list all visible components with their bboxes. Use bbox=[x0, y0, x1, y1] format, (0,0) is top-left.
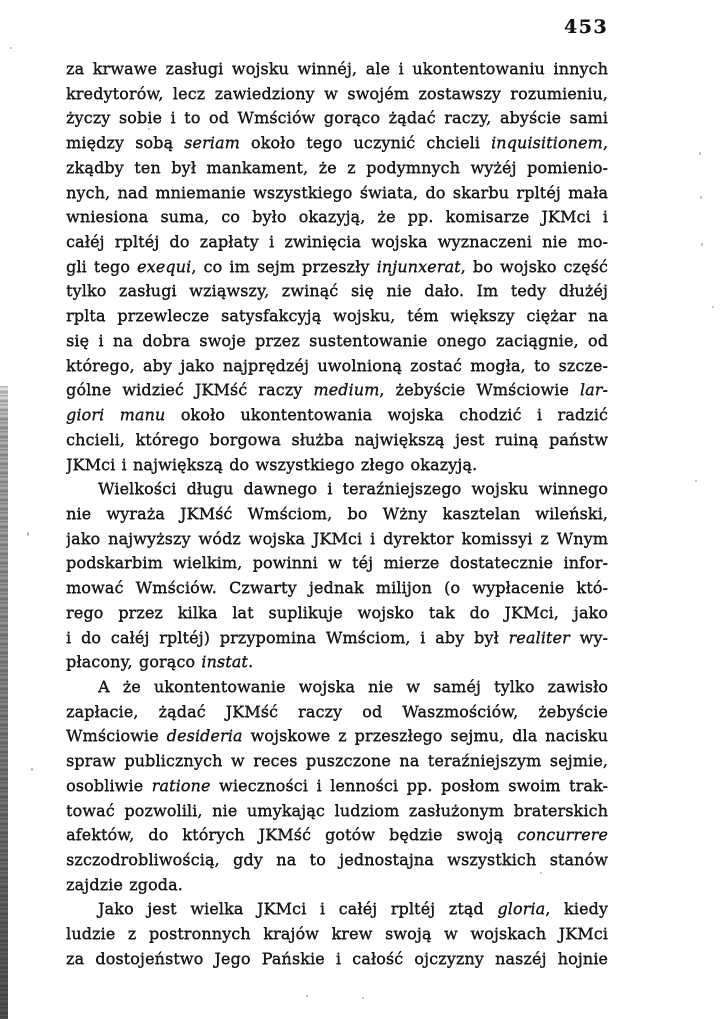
text-line: rplta przewlecze satysfakcyją wojsku, té… bbox=[66, 304, 608, 329]
text-segment: nych, nad mniemanie wszystkiego świata, … bbox=[66, 183, 608, 202]
paragraph: za krwawe zasługi wojsku winnéj, ale i u… bbox=[66, 57, 608, 477]
scan-speck bbox=[27, 532, 29, 536]
latin-italic-phrase: concurrere bbox=[517, 825, 608, 844]
text-line: szczodrobliwością, gdy na to jednostajna… bbox=[66, 848, 608, 873]
text-segment: zajdzie zgoda. bbox=[66, 875, 183, 894]
latin-italic-phrase: realiter bbox=[509, 628, 570, 647]
text-line: tować pozwolili, nie umykając ludziom za… bbox=[66, 799, 608, 824]
text-segment: kredytorów, lecz zawiedziony w swojém zo… bbox=[66, 84, 608, 103]
text-segment: całéj rpltéj do zapłaty i zwinięcia wojs… bbox=[66, 232, 608, 251]
text-line: jako najwyższy wódz wojska JKMci i dyrek… bbox=[66, 527, 608, 552]
text-line: mować Wmściów. Czwarty jednak milijon (o… bbox=[66, 576, 608, 601]
text-line: gli tego exequi, co im sejm przeszły inj… bbox=[66, 255, 608, 280]
text-segment: Wmściowie bbox=[66, 726, 167, 745]
scan-speck bbox=[10, 47, 12, 49]
text-line: zkądby ten był mankament, że z podymnych… bbox=[66, 156, 608, 181]
text-line: afektów, do których JKMść gotów będzie s… bbox=[66, 823, 608, 848]
text-line: giori manu około ukontentowania wojska c… bbox=[66, 403, 608, 428]
text-segment: nie wyraża JKMść Wmściom, bo Wżny kaszte… bbox=[66, 504, 608, 523]
text-segment: gli tego bbox=[66, 257, 137, 276]
page-number: 453 bbox=[564, 16, 608, 38]
text-line: A że ukontentowanie wojska nie w saméj t… bbox=[66, 675, 608, 700]
paragraph: Wielkości długu dawnego i teraźniejszego… bbox=[66, 477, 608, 675]
text-line: gólne widzieć JKMść raczy medium, żebyśc… bbox=[66, 378, 608, 403]
text-line: za dostojeństwo Jego Pańskie i całość oj… bbox=[66, 947, 608, 972]
text-segment: , co im sejm przeszły bbox=[191, 257, 376, 276]
scanned-book-page: 453 za krwawe zasługi wojsku winnéj, ale… bbox=[0, 0, 720, 1019]
text-segment: wieczności i lenności pp. posłom swoim t… bbox=[211, 776, 609, 795]
text-line: Wmściowie desideria wojskowe z przeszłeg… bbox=[66, 724, 608, 749]
page-text-block: za krwawe zasługi wojsku winnéj, ale i u… bbox=[66, 57, 608, 972]
scan-speck bbox=[712, 306, 714, 308]
text-segment: wniesiona suma, co było okazyją, że pp. … bbox=[66, 207, 608, 226]
text-line: rego przez kilka lat suplikuje wojsko ta… bbox=[66, 601, 608, 626]
text-line: zapłacie, żądać JKMść raczy od Waszmości… bbox=[66, 700, 608, 725]
paragraph: A że ukontentowanie wojska nie w saméj t… bbox=[66, 675, 608, 897]
latin-italic-phrase: instat bbox=[201, 652, 248, 671]
scan-speck bbox=[31, 768, 33, 771]
scan-speck bbox=[695, 480, 697, 482]
text-line: osobliwie ratione wieczności i lenności … bbox=[66, 774, 608, 799]
text-segment: ludzie z postronnych krajów krew swoją w… bbox=[66, 924, 608, 943]
text-line: i do całéj rpltéj) przypomina Wmściom, i… bbox=[66, 626, 608, 651]
text-segment: . bbox=[248, 652, 253, 671]
latin-italic-phrase: desideria bbox=[167, 726, 243, 745]
text-segment: za dostojeństwo Jego Pańskie i całość oj… bbox=[66, 949, 608, 968]
latin-italic-phrase: gloria bbox=[497, 899, 545, 918]
text-segment: rego przez kilka lat suplikuje wojsko ta… bbox=[66, 603, 608, 622]
text-line: Jako jest wielka JKMci i całéj rpltéj zt… bbox=[66, 897, 608, 922]
text-segment: , kiedy bbox=[545, 899, 608, 918]
text-segment: życzy sobie i to od Wmściów gorąco żądać… bbox=[66, 108, 608, 127]
text-segment: tylko zasługi wziąwszy, zwinąć się nie d… bbox=[66, 281, 608, 300]
text-segment: mować Wmściów. Czwarty jednak milijon (o… bbox=[66, 578, 608, 597]
text-line: kredytorów, lecz zawiedziony w swojém zo… bbox=[66, 82, 608, 107]
text-line: między sobą seriam około tego uczynić ch… bbox=[66, 131, 608, 156]
text-line: ludzie z postronnych krajów krew swoją w… bbox=[66, 922, 608, 947]
scan-speck bbox=[700, 196, 702, 199]
latin-italic-phrase: inquisitionem bbox=[491, 133, 603, 152]
text-segment: szczodrobliwością, gdy na to jednostajna… bbox=[66, 850, 608, 869]
scan-speck bbox=[148, 128, 150, 130]
text-segment: rplta przewlecze satysfakcyją wojsku, té… bbox=[66, 306, 608, 325]
text-segment: A że ukontentowanie wojska nie w saméj t… bbox=[98, 677, 608, 696]
latin-italic-phrase: giori manu bbox=[66, 405, 165, 424]
paragraph: Jako jest wielka JKMci i całéj rpltéj zt… bbox=[66, 897, 608, 971]
text-line: nie wyraża JKMść Wmściom, bo Wżny kaszte… bbox=[66, 502, 608, 527]
text-segment: podskarbim wielkim, powinni w téj mierze… bbox=[66, 553, 608, 572]
text-segment: spraw publicznych w reces puszczone na t… bbox=[66, 751, 608, 770]
text-segment: którego, aby jako najprędzéj uwolnioną z… bbox=[66, 356, 608, 375]
text-segment: wy- bbox=[570, 628, 608, 647]
text-segment: tować pozwolili, nie umykając ludziom za… bbox=[66, 801, 608, 820]
text-line: chcieli, którego borgowa służba najwięks… bbox=[66, 428, 608, 453]
text-segment: i do całéj rpltéj) przypomina Wmściom, i… bbox=[66, 628, 509, 647]
text-segment: chcieli, którego borgowa służba najwięks… bbox=[66, 430, 608, 449]
latin-italic-phrase: ratione bbox=[152, 776, 211, 795]
scan-speck bbox=[540, 872, 542, 874]
text-segment: Wielkości długu dawnego i teraźniejszego… bbox=[98, 479, 608, 498]
text-line: Wielkości długu dawnego i teraźniejszego… bbox=[66, 477, 608, 502]
scan-speck bbox=[699, 152, 701, 155]
text-segment: JKMci i największą do wszystkiego złego … bbox=[66, 455, 477, 474]
text-segment: około tego uczynić chcieli bbox=[240, 133, 491, 152]
text-line: zajdzie zgoda. bbox=[66, 873, 608, 898]
text-segment: się i na dobra swoje przez sustentowanie… bbox=[66, 331, 608, 350]
scan-speck bbox=[306, 995, 308, 997]
text-segment: , bo wojsko część bbox=[461, 257, 608, 276]
latin-italic-phrase: injunxerat bbox=[377, 257, 461, 276]
text-segment: , bbox=[603, 133, 608, 152]
text-segment: za krwawe zasługi wojsku winnéj, ale i u… bbox=[66, 59, 608, 78]
text-segment: zkądby ten był mankament, że z podymnych… bbox=[66, 158, 608, 177]
scan-speck bbox=[701, 243, 703, 246]
text-line: podskarbim wielkim, powinni w téj mierze… bbox=[66, 551, 608, 576]
text-line: spraw publicznych w reces puszczone na t… bbox=[66, 749, 608, 774]
latin-italic-phrase: medium bbox=[313, 380, 379, 399]
text-segment: gólne widzieć JKMść raczy bbox=[66, 380, 313, 399]
text-line: wniesiona suma, co było okazyją, że pp. … bbox=[66, 205, 608, 230]
text-segment: wojskowe z przeszłego sejmu, dla nacisku bbox=[243, 726, 608, 745]
text-line: nych, nad mniemanie wszystkiego świata, … bbox=[66, 181, 608, 206]
text-segment: jako najwyższy wódz wojska JKMci i dyrek… bbox=[66, 529, 608, 548]
text-line: płacony, gorąco instat. bbox=[66, 650, 608, 675]
scan-gutter-artifact bbox=[0, 386, 8, 1019]
scan-speck bbox=[362, 997, 364, 999]
text-line: tylko zasługi wziąwszy, zwinąć się nie d… bbox=[66, 279, 608, 304]
latin-italic-phrase: seriam bbox=[184, 133, 240, 152]
text-segment: zapłacie, żądać JKMść raczy od Waszmości… bbox=[66, 702, 608, 721]
text-segment: Jako jest wielka JKMci i całéj rpltéj zt… bbox=[98, 899, 497, 918]
text-line: którego, aby jako najprędzéj uwolnioną z… bbox=[66, 354, 608, 379]
latin-italic-phrase: lar- bbox=[580, 380, 608, 399]
text-line: się i na dobra swoje przez sustentowanie… bbox=[66, 329, 608, 354]
text-line: za krwawe zasługi wojsku winnéj, ale i u… bbox=[66, 57, 608, 82]
latin-italic-phrase: exequi bbox=[137, 257, 191, 276]
text-segment: płacony, gorąco bbox=[66, 652, 201, 671]
text-segment: około ukontentowania wojska chodzić i ra… bbox=[165, 405, 608, 424]
text-line: JKMci i największą do wszystkiego złego … bbox=[66, 453, 608, 478]
text-segment: , żebyście Wmściowie bbox=[379, 380, 579, 399]
text-line: całéj rpltéj do zapłaty i zwinięcia wojs… bbox=[66, 230, 608, 255]
text-segment: między sobą bbox=[66, 133, 184, 152]
text-segment: afektów, do których JKMść gotów będzie s… bbox=[66, 825, 517, 844]
text-segment: osobliwie bbox=[66, 776, 152, 795]
